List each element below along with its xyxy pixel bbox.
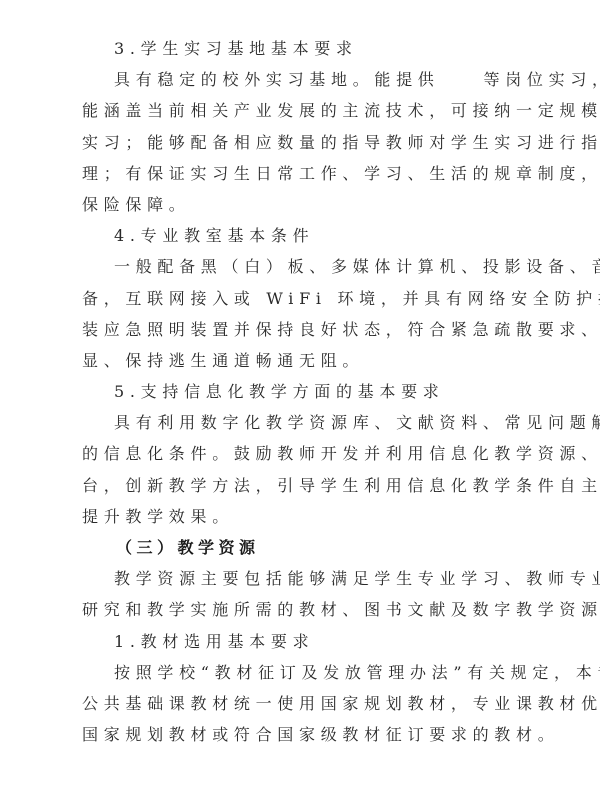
- paragraph-line: 公共基础课教材统一使用国家规划教材，专业课教材优先选用: [82, 688, 522, 719]
- paragraph-line: 研究和教学实施所需的教材、图书文献及数字教学资源等。: [82, 594, 522, 625]
- paragraph-line: 保险保障。: [82, 189, 522, 220]
- paragraph-line: 能涵盖当前相关产业发展的主流技术，可接纳一定规模的学生: [82, 95, 522, 126]
- paragraph-line: 装应急照明装置并保持良好状态，符合紧急疏散要求、标志明: [82, 314, 522, 345]
- paragraph-line: 具有稳定的校外实习基地。能提供等岗位实习，企业: [82, 64, 522, 95]
- paragraph-line: 备，互联网接入或 WiFi 环境，并具有网络安全防护措施。安: [82, 283, 522, 314]
- heading-teaching-resources: （三）教学资源: [82, 532, 522, 563]
- subheading-internship-base: 3.学生实习基地基本要求: [82, 33, 522, 64]
- paragraph-line: 显、保持逃生通道畅通无阻。: [82, 345, 522, 376]
- subheading-it-teaching: 5.支持信息化教学方面的基本要求: [82, 376, 522, 407]
- text-after-blank: 等岗位实习，企业: [484, 70, 600, 89]
- subheading-classroom-conditions: 4.专业教室基本条件: [82, 220, 522, 251]
- paragraph-line: 具有利用数字化教学资源库、文献资料、常见问题解答等: [82, 407, 522, 438]
- document-page: 3.学生实习基地基本要求 具有稳定的校外实习基地。能提供等岗位实习，企业 能涵盖…: [82, 33, 522, 750]
- paragraph-line: 教学资源主要包括能够满足学生专业学习、教师专业教学: [82, 563, 522, 594]
- paragraph-line: 实习；能够配备相应数量的指导教师对学生实习进行指导和管: [82, 127, 522, 158]
- paragraph-line: 台，创新教学方法，引导学生利用信息化教学条件自主学习，: [82, 470, 522, 501]
- paragraph-line: 的信息化条件。鼓励教师开发并利用信息化教学资源、教学平: [82, 438, 522, 469]
- paragraph-line: 一般配备黑（白）板、多媒体计算机、投影设备、音响设: [82, 251, 522, 282]
- paragraph-line: 按照学校“教材征订及发放管理办法”有关规定，本专业: [82, 657, 522, 688]
- subheading-textbook-selection: 1.教材选用基本要求: [82, 626, 522, 657]
- paragraph-line: 提升教学效果。: [82, 501, 522, 532]
- paragraph-line: 国家规划教材或符合国家级教材征订要求的教材。: [82, 719, 522, 750]
- paragraph-line: 理；有保证实习生日常工作、学习、生活的规章制度，有安全、: [82, 158, 522, 189]
- text-before-blank: 具有稳定的校外实习基地。能提供: [114, 70, 440, 89]
